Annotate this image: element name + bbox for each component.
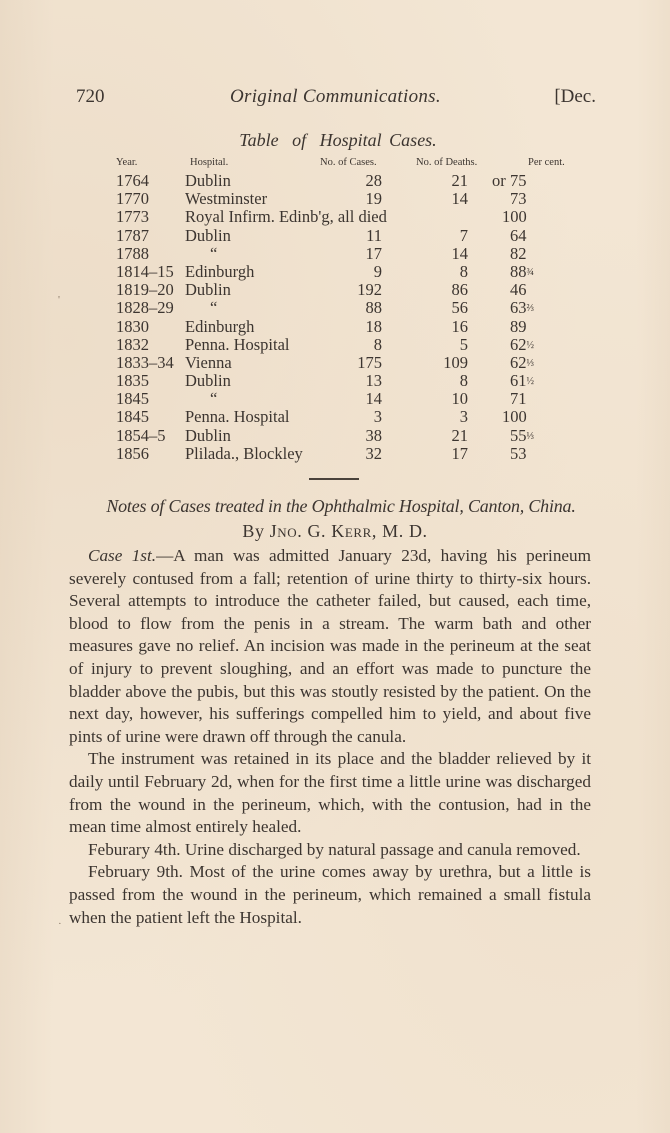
table-row: 1833–34Vienna17510962⅓ — [110, 354, 590, 372]
percent-whole: 46 — [510, 280, 527, 299]
cell-percent: 46 — [510, 281, 555, 300]
table-row: 1828–29“885663⅔ — [110, 299, 590, 317]
table-row: 1787Dublin11764 — [110, 227, 590, 245]
cell-deaths: 21 — [410, 172, 468, 190]
table-row: 1764Dublin2821or75 — [110, 172, 590, 190]
table-row: 1832Penna. Hospital8562½ — [110, 336, 590, 354]
paragraph: February 9th. Most of the urine comes aw… — [69, 861, 591, 929]
header-percent: Per cent. — [528, 157, 598, 168]
cell-year: 1832 — [116, 336, 149, 354]
cell-deaths: 109 — [410, 354, 468, 372]
cell-cases: 88 — [322, 299, 382, 317]
percent-whole: 75 — [510, 171, 527, 190]
cell-deaths: 8 — [410, 372, 468, 390]
cell-year: 1854–5 — [116, 427, 166, 445]
cell-year: 1819–20 — [116, 281, 174, 299]
cell-cases: 38 — [322, 427, 382, 445]
cell-percent: 100 — [502, 208, 547, 227]
cell-deaths: 14 — [410, 190, 468, 208]
cell-cases: 3 — [322, 408, 382, 426]
book-page: 720 Original Communications. [Dec. Table… — [0, 0, 670, 1133]
byline: By Jno. G. Kerr, M. D. — [0, 521, 670, 542]
percent-whole: 53 — [510, 444, 527, 463]
cell-cases: 14 — [322, 390, 382, 408]
cell-cases: 11 — [322, 227, 382, 245]
percent-fraction: ⅓ — [527, 431, 534, 442]
cell-year: 1856 — [116, 445, 149, 463]
percent-fraction: ½ — [527, 376, 534, 387]
percent-fraction: ⅓ — [527, 358, 534, 369]
percent-whole: 71 — [510, 389, 527, 408]
section-divider — [309, 478, 359, 480]
cell-hospital: Westminster — [185, 190, 267, 208]
case-label: Case — [88, 546, 122, 565]
cell-hospital: Dublin — [185, 427, 231, 445]
table-row: 1845Penna. Hospital33100 — [110, 408, 590, 426]
percent-whole: 89 — [510, 317, 527, 336]
cell-year: 1788 — [116, 245, 149, 263]
table-row: 1770Westminster191473 — [110, 190, 590, 208]
cell-percent: 71 — [510, 390, 555, 409]
cell-cases: 9 — [322, 263, 382, 281]
paragraph: Feburary 4th. Urine discharged by natura… — [69, 839, 591, 862]
cell-hospital: Penna. Hospital — [185, 408, 290, 426]
cell-percent: 88¾ — [510, 263, 555, 282]
table-row: 1819–20Dublin1928646 — [110, 281, 590, 299]
cell-hospital: Dublin — [185, 172, 231, 190]
cell-hospital: “ — [210, 245, 217, 263]
cell-cases: 18 — [322, 318, 382, 336]
cell-percent: 75 — [510, 172, 555, 191]
table-row: 1830Edinburgh181689 — [110, 318, 590, 336]
table-title: Table of Hospital Cases. — [0, 130, 670, 151]
cell-year: 1830 — [116, 318, 149, 336]
percent-whole: 73 — [510, 189, 527, 208]
running-head: 720 Original Communications. [Dec. — [76, 86, 596, 112]
cell-hospital: Penna. Hospital — [185, 336, 290, 354]
cell-year: 1845 — [116, 408, 149, 426]
cell-deaths: 10 — [410, 390, 468, 408]
percent-whole: 100 — [502, 207, 527, 226]
cell-deaths: 56 — [410, 299, 468, 317]
cell-year: 1835 — [116, 372, 149, 390]
table-title-word: Hospital Cases. — [314, 130, 437, 150]
table-header-row: Year. Hospital. No. of Cases. No. of Dea… — [110, 157, 590, 172]
cell-cases: 13 — [322, 372, 382, 390]
cell-percent: 63⅔ — [510, 299, 555, 318]
percent-whole: 64 — [510, 226, 527, 245]
cell-percent: 62⅓ — [510, 354, 555, 373]
table-row: 1854–5Dublin382155⅓ — [110, 427, 590, 445]
table-row: 1856Plilada., Blockley321753 — [110, 445, 590, 463]
running-head-month: [Dec. — [554, 86, 596, 108]
percent-fraction: ⅔ — [527, 303, 534, 314]
cell-deaths: 17 — [410, 445, 468, 463]
cell-year: 1764 — [116, 172, 149, 190]
cell-hospital: Dublin — [185, 227, 231, 245]
percent-whole: 62 — [510, 335, 527, 354]
article-title: Notes of Cases treated in the Ophthalmic… — [0, 496, 670, 517]
cell-deaths: 3 — [410, 408, 468, 426]
cell-percent: 61½ — [510, 372, 555, 391]
cell-hospital: “ — [210, 299, 217, 317]
percent-whole: 55 — [510, 426, 527, 445]
cell-cases: 175 — [322, 354, 382, 372]
percent-fraction: ¾ — [527, 267, 534, 278]
cell-percent: 62½ — [510, 336, 555, 355]
author-name: Jno. G. Kerr, M. D. — [270, 521, 428, 541]
cell-percent: 73 — [510, 190, 555, 209]
hospital-cases-table: Year. Hospital. No. of Cases. No. of Dea… — [110, 157, 590, 463]
cell-deaths: 21 — [410, 427, 468, 445]
cell-cases: 17 — [322, 245, 382, 263]
percent-whole: 62 — [510, 353, 527, 372]
cell-deaths: 14 — [410, 245, 468, 263]
percent-whole: 100 — [502, 407, 527, 426]
cell-hospital: Edinburgh — [185, 263, 254, 281]
cell-hospital: Royal Infirm. Edinb'g, all died — [185, 208, 387, 226]
header-deaths: No. of Deaths. — [416, 157, 516, 168]
header-year: Year. — [116, 157, 137, 168]
header-hospital: Hospital. — [190, 157, 228, 168]
article-body: Case 1st.—A man was admitted January 23d… — [69, 545, 591, 929]
paragraph: The instrument was retained in its place… — [69, 748, 591, 838]
cell-hospital: Dublin — [185, 281, 231, 299]
margin-mark: ' — [58, 294, 60, 306]
cell-year: 1828–29 — [116, 299, 174, 317]
percent-whole: 82 — [510, 244, 527, 263]
margin-mark: · — [58, 918, 62, 930]
cell-cases: 192 — [322, 281, 382, 299]
table-row: 1788“171482 — [110, 245, 590, 263]
table-row: 1835Dublin13861½ — [110, 372, 590, 390]
cell-hospital: Vienna — [185, 354, 232, 372]
cell-hospital: “ — [210, 390, 217, 408]
table-row: 1814–15Edinburgh9888¾ — [110, 263, 590, 281]
paragraph: Case 1st.—A man was admitted January 23d… — [69, 545, 591, 748]
cell-year: 1833–34 — [116, 354, 174, 372]
byline-by: By — [242, 521, 264, 541]
case-ordinal: 1st. — [132, 546, 156, 565]
cell-year: 1814–15 — [116, 263, 174, 281]
paragraph-text: —A man was admitted January 23d, having … — [69, 546, 591, 746]
cell-percent: 82 — [510, 245, 555, 264]
table-row: 1845“141071 — [110, 390, 590, 408]
cell-year: 1773 — [116, 208, 149, 226]
percent-whole: 88 — [510, 262, 527, 281]
cell-hospital: Dublin — [185, 372, 231, 390]
cell-hospital: Edinburgh — [185, 318, 254, 336]
cell-year: 1787 — [116, 227, 149, 245]
percent-fraction: ½ — [527, 340, 534, 351]
cell-deaths: 86 — [410, 281, 468, 299]
cell-deaths: 16 — [410, 318, 468, 336]
cell-deaths: 7 — [410, 227, 468, 245]
cell-percent: 53 — [510, 445, 555, 464]
percent-whole: 63 — [510, 298, 527, 317]
table-body: 1764Dublin2821or751770Westminster1914731… — [110, 172, 590, 463]
cell-deaths: 8 — [410, 263, 468, 281]
cell-cases: 19 — [322, 190, 382, 208]
cell-deaths: 5 — [410, 336, 468, 354]
cell-hospital: Plilada., Blockley — [185, 445, 303, 463]
cell-cases: 28 — [322, 172, 382, 190]
cell-year: 1770 — [116, 190, 149, 208]
cell-cases: 8 — [322, 336, 382, 354]
table-row: 1773Royal Infirm. Edinb'g, all died100 — [110, 208, 590, 226]
cell-percent: 64 — [510, 227, 555, 246]
cell-percent: 100 — [502, 408, 547, 427]
page-number: 720 — [76, 86, 105, 108]
section-title: Original Communications. — [230, 86, 441, 108]
table-title-word: of — [286, 130, 306, 150]
cell-or: or — [492, 172, 506, 190]
cell-cases: 32 — [322, 445, 382, 463]
cell-percent: 55⅓ — [510, 427, 555, 446]
header-cases: No. of Cases. — [320, 157, 406, 168]
cell-year: 1845 — [116, 390, 149, 408]
table-title-word: Table — [233, 130, 278, 150]
percent-whole: 61 — [510, 371, 527, 390]
cell-percent: 89 — [510, 318, 555, 337]
